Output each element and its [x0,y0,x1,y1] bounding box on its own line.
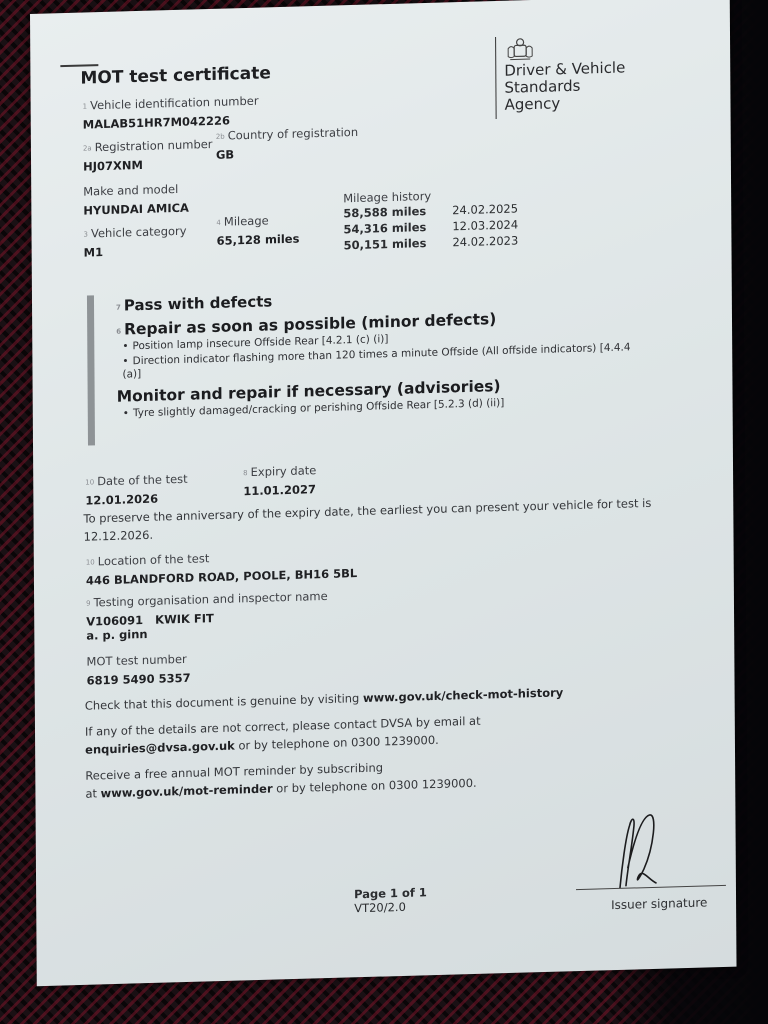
field-number: 4 [216,218,221,226]
royal-crest-icon [504,36,536,63]
field-number: 7 [116,303,121,311]
location-label: Location of the test [98,551,210,568]
country-field: 2bCountry of registration GB [216,125,359,162]
test-result-block: 7Pass with defects 6Repair as soon as po… [87,279,677,445]
contact-note: If any of the details are not correct, p… [85,707,665,759]
field-number: 10 [86,558,95,566]
field-number: 10 [85,478,94,486]
field-number: 2b [216,132,225,140]
expiry-date-value: 11.01.2027 [243,482,316,498]
organisation-field: 9Testing organisation and inspector name… [86,589,328,643]
mileage-history-table: 58,588 miles 24.02.2025 54,316 miles 12.… [343,200,518,253]
field-number: 3 [83,230,88,238]
check-mot-history-link[interactable]: www.gov.uk/check-mot-history [363,685,563,705]
mileage-field: 4Mileage 65,128 miles [216,213,299,248]
form-code: VT20/2.0 [354,899,427,915]
vehicle-category-field: 3Vehicle category M1 [83,224,186,260]
reminder-phone-text: or by telephone on 0300 1239000. [273,776,477,796]
history-miles: 50,151 miles [343,234,452,253]
expiry-date-field: 8Expiry date 11.01.2027 [243,463,316,498]
expiry-date-label: Expiry date [251,463,317,479]
reminder-prefix: at [85,786,100,800]
registration-label: Registration number [95,137,213,154]
vehicle-category-value: M1 [84,243,187,260]
country-label: Country of registration [228,125,358,143]
check-text: Check that this document is genuine by v… [85,691,363,713]
field-number: 6 [116,327,121,335]
mileage-label: Mileage [224,213,269,228]
country-value: GB [216,144,358,162]
dvsa-email-link[interactable]: enquiries@dvsa.gov.uk [85,739,235,757]
location-field: 10Location of the test 446 BLANDFORD ROA… [86,547,358,588]
field-number: 2a [83,144,92,152]
test-number-value: 6819 5490 5357 [87,671,191,688]
test-date-field: 10Date of the test 12.01.2026 [85,472,188,508]
issuer-signature-label: Issuer signature [611,895,707,912]
location-value: 446 BLANDFORD ROAD, POOLE, BH16 5BL [86,566,357,588]
vehicle-category-label: Vehicle category [91,224,187,241]
page-number: Page 1 of 1 [354,885,427,901]
history-date: 24.02.2023 [452,232,518,250]
field-number: 9 [86,599,91,607]
test-date-label: Date of the test [97,472,188,489]
agency-name-line-3: Agency [504,93,625,113]
test-date-value: 12.01.2026 [85,491,187,508]
vin-field: 1Vehicle identification number MALAB51HR… [83,94,259,132]
make-model-label: Make and model [83,182,189,199]
page-footer: Page 1 of 1 VT20/2.0 [354,885,427,915]
mot-certificate-paper: MOT test certificate Driver & Vehicle St… [30,0,737,986]
document-title: MOT test certificate [80,63,271,88]
reminder-note: Receive a free annual MOT reminder by su… [85,751,665,803]
dvsa-logo: Driver & Vehicle Standards Agency [495,33,626,119]
field-number: 1 [83,102,88,110]
history-date: 12.03.2024 [452,216,518,234]
top-rule [60,64,98,67]
vin-label: Vehicle identification number [90,94,259,113]
mot-reminder-link[interactable]: www.gov.uk/mot-reminder [101,782,273,801]
signature-icon [607,807,668,894]
make-model-field: Make and model HYUNDAI AMICA [83,182,189,218]
make-model-value: HYUNDAI AMICA [83,201,189,218]
result-status-text: Pass with defects [124,292,273,314]
registration-value: HJ07XNM [83,156,213,174]
test-number-field: MOT test number 6819 5490 5357 [86,652,190,688]
registration-field: 2aRegistration number HJ07XNM [83,137,213,174]
field-number: 8 [243,469,248,477]
contact-phone-text: or by telephone on 0300 1239000. [235,733,439,753]
history-date: 24.02.2025 [452,200,518,218]
mileage-value: 65,128 miles [216,232,299,248]
mileage-history: Mileage history 58,588 miles 24.02.2025 … [343,186,518,253]
test-number-label: MOT test number [86,652,190,669]
organisation-label: Testing organisation and inspector name [94,589,328,610]
